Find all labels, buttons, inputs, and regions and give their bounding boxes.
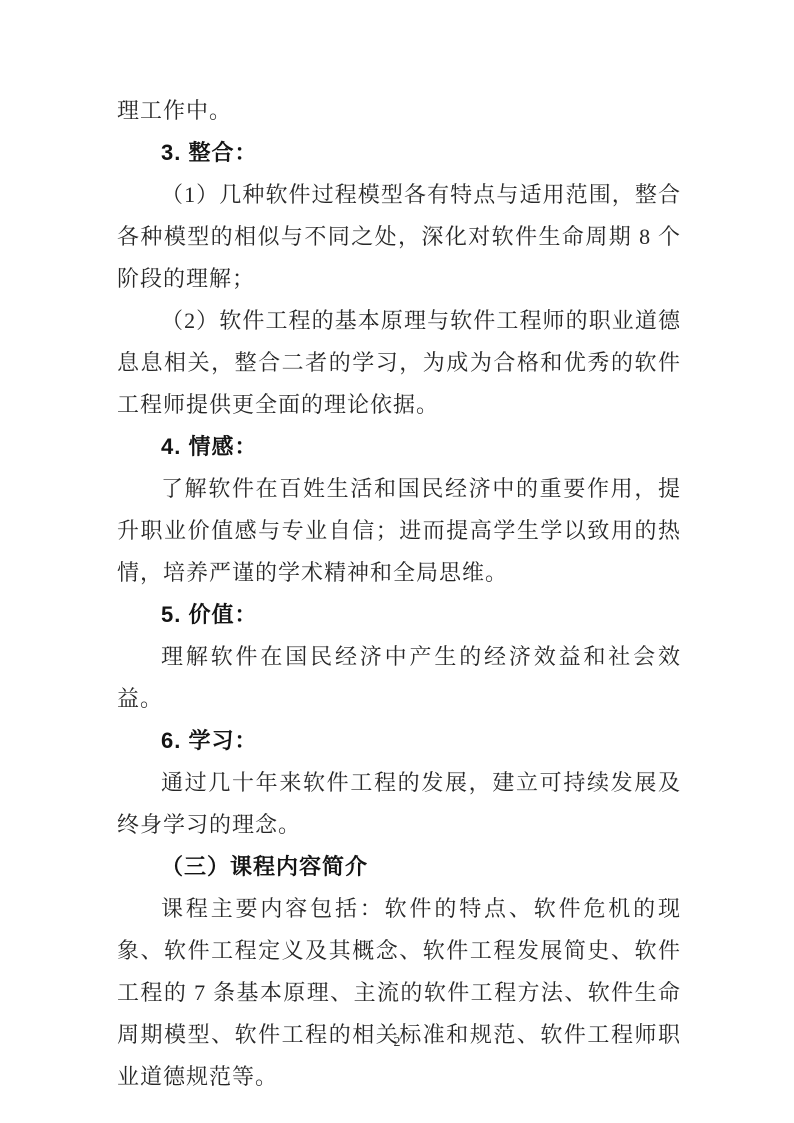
section-heading-emotion: 4. 情感： bbox=[117, 426, 681, 468]
section-heading-learning: 6. 学习： bbox=[117, 720, 681, 762]
paragraph-continuation: 理工作中。 bbox=[117, 90, 681, 132]
paragraph: 课程主要内容包括：软件的特点、软件危机的现象、软件工程定义及其概念、软件工程发展… bbox=[117, 888, 681, 1098]
page-number: 2 bbox=[394, 1035, 401, 1050]
paragraph: 通过几十年来软件工程的发展，建立可持续发展及终身学习的理念。 bbox=[117, 762, 681, 846]
section-heading-course-content-intro: （三）课程内容简介 bbox=[117, 846, 681, 888]
section-heading-value: 5. 价值： bbox=[117, 594, 681, 636]
section-heading-integration: 3. 整合： bbox=[117, 132, 681, 174]
paragraph: （2）软件工程的基本原理与软件工程师的职业道德息息相关，整合二者的学习，为成为合… bbox=[117, 300, 681, 426]
page-footer: 2 bbox=[0, 1033, 794, 1053]
paragraph: 理解软件在国民经济中产生的经济效益和社会效益。 bbox=[117, 636, 681, 720]
document-content: 理工作中。 3. 整合： （1）几种软件过程模型各有特点与适用范围，整合各种模型… bbox=[117, 90, 681, 1098]
paragraph: 了解软件在百姓生活和国民经济中的重要作用，提升职业价值感与专业自信；进而提高学生… bbox=[117, 468, 681, 594]
document-page: 理工作中。 3. 整合： （1）几种软件过程模型各有特点与适用范围，整合各种模型… bbox=[0, 0, 794, 1123]
paragraph: （1）几种软件过程模型各有特点与适用范围，整合各种模型的相似与不同之处，深化对软… bbox=[117, 174, 681, 300]
